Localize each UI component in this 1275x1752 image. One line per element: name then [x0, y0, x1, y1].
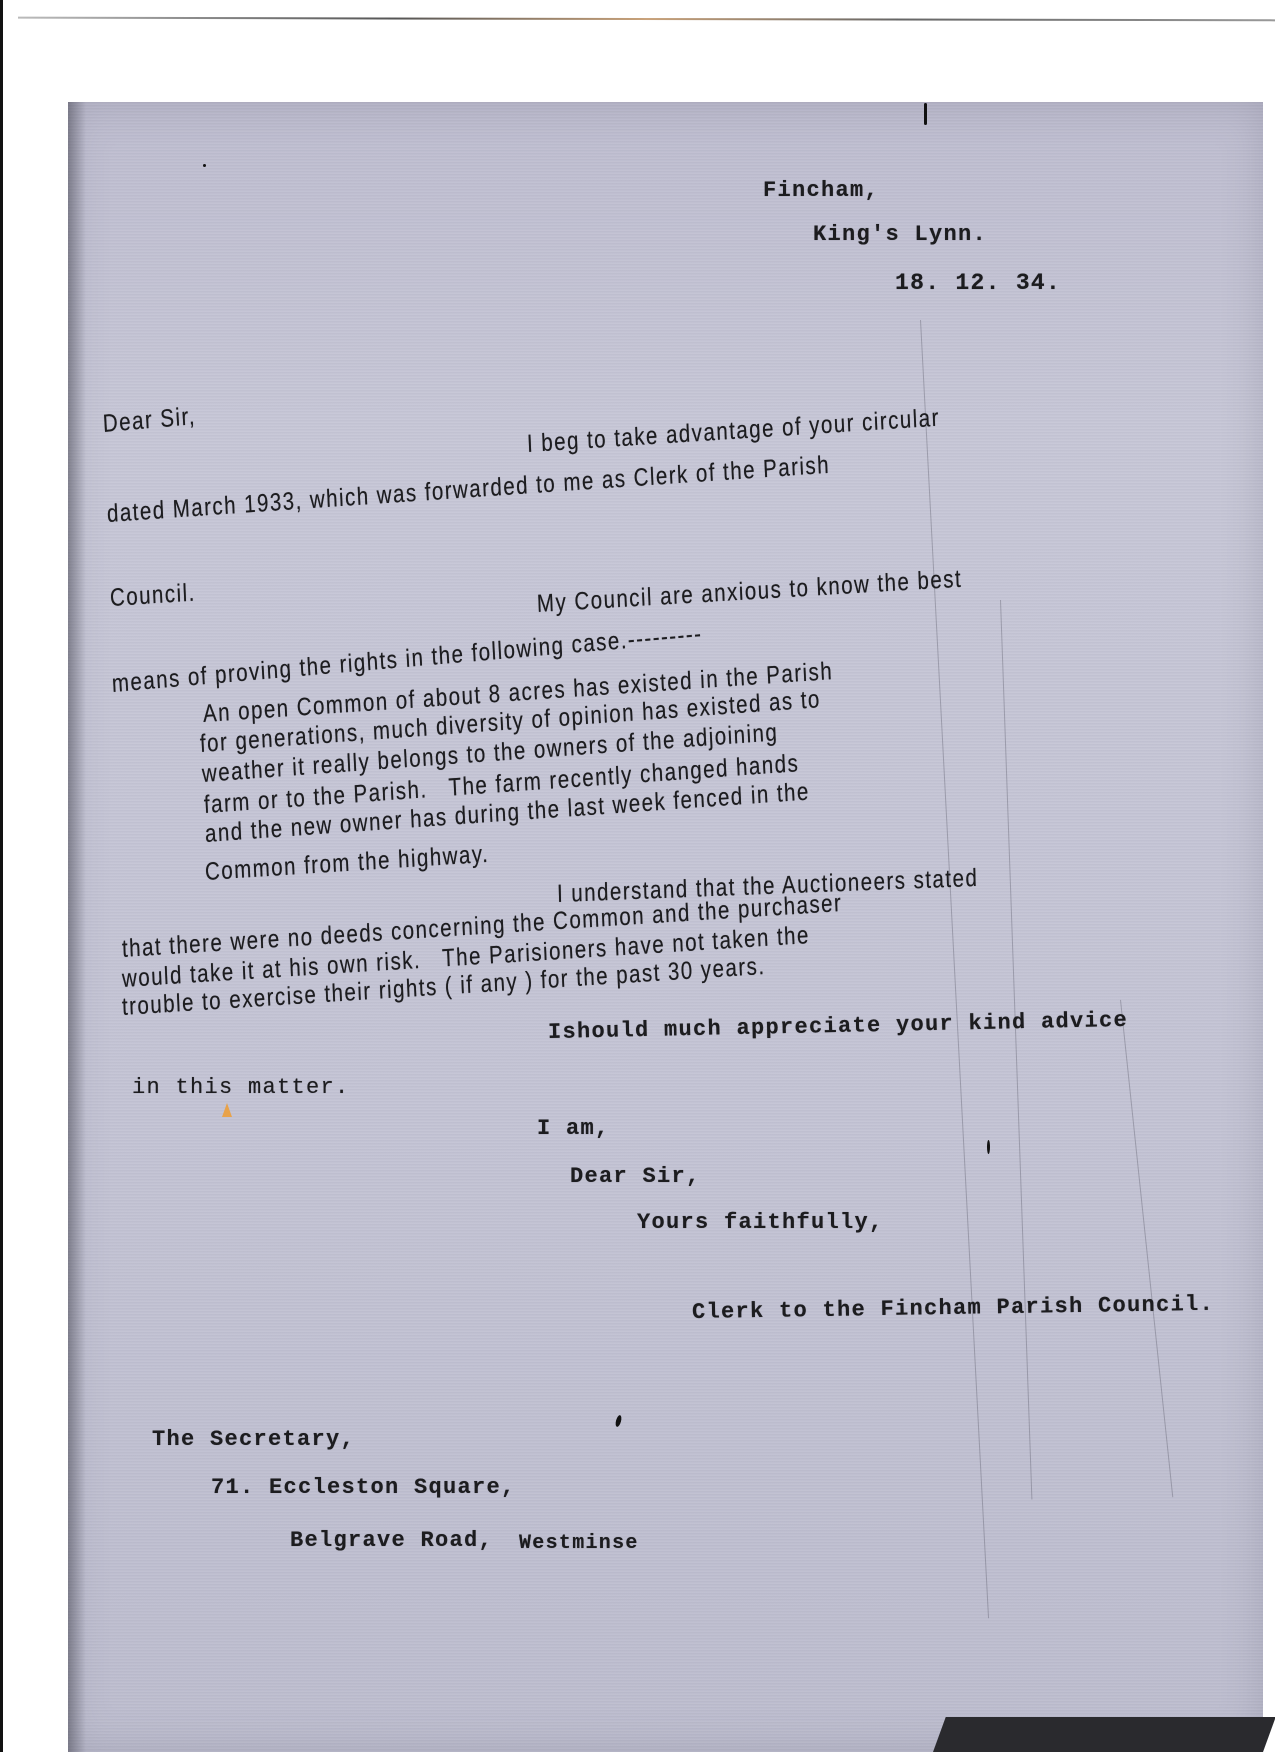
- recipient-address-2: Belgrave Road,: [290, 1528, 493, 1553]
- scan-left-border: [0, 0, 3, 1752]
- recipient-name: The Secretary,: [152, 1427, 355, 1452]
- body-line-3: Council.: [109, 579, 196, 613]
- scan-top-edge: [18, 17, 1275, 22]
- recipient-address-3: Westminse: [519, 1532, 639, 1555]
- ink-mark: [987, 1140, 990, 1154]
- ink-mark: [924, 103, 927, 125]
- closing-line-2: in this matter.: [132, 1075, 350, 1100]
- signoff-yours-faithfully: Yours faithfully,: [637, 1210, 884, 1235]
- letter-place: Fincham,: [763, 178, 879, 203]
- ink-mark: [203, 164, 206, 167]
- paper-bottom-shadow: [933, 1717, 1275, 1752]
- signoff-i-am: I am,: [537, 1116, 610, 1141]
- letter-town: King's Lynn.: [813, 222, 987, 247]
- letter-date: 18. 12. 34.: [895, 270, 1061, 296]
- recipient-address-1: 71. Eccleston Square,: [211, 1475, 516, 1500]
- paper-edge-shadow: [68, 102, 86, 1752]
- signoff-dear-sir: Dear Sir,: [570, 1164, 701, 1189]
